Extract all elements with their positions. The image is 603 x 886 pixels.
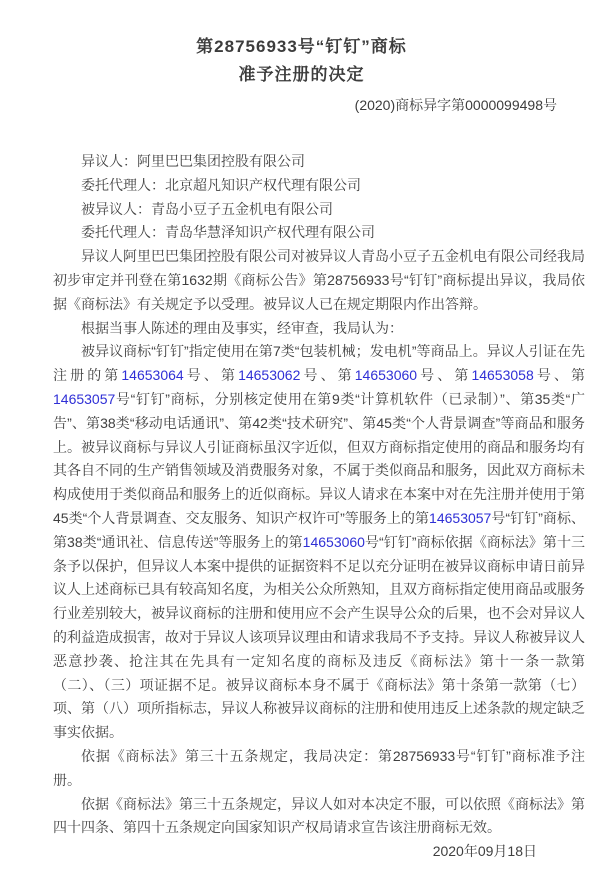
reference-number: (2020)商标异字第0000099498号: [0, 90, 557, 120]
paragraph: 根据当事人陈述的理由及事实，经审查，我局认为：: [53, 317, 585, 341]
document-body: 异议人：阿里巴巴集团控股有限公司委托代理人：北京超凡知识产权代理有限公司被异议人…: [53, 150, 585, 840]
paragraph: 异议人阿里巴巴集团控股有限公司对被异议人青岛小豆子五金机电有限公司经我局初步审定…: [53, 245, 585, 316]
trademark-number-link[interactable]: 14653064: [121, 367, 183, 383]
paragraph-text: 被异议人：青岛小豆子五金机电有限公司: [81, 201, 333, 217]
paragraph-text: 号、第: [300, 367, 354, 383]
trademark-number-link[interactable]: 14653062: [238, 367, 300, 383]
paragraph-text: 异议人：阿里巴巴集团控股有限公司: [81, 153, 305, 169]
trademark-decision-document: 第28756933号“钉钉”商标 准予注册的决定 (2020)商标异字第0000…: [0, 0, 603, 886]
paragraph-text: 号、第: [184, 367, 238, 383]
trademark-number-link[interactable]: 14653057: [53, 391, 115, 407]
paragraph: 委托代理人：青岛华慧泽知识产权代理有限公司: [53, 221, 585, 245]
paragraph: 异议人：阿里巴巴集团控股有限公司: [53, 150, 585, 174]
paragraph-text: 号、第: [417, 367, 471, 383]
document-title-line2: 准予注册的决定: [0, 60, 603, 90]
paragraph: 委托代理人：北京超凡知识产权代理有限公司: [53, 174, 585, 198]
paragraph-text: 号“钉钉”商标依据《商标法》第十三条予以保护，但异议人本案中提供的证据资料不足以…: [53, 534, 585, 740]
paragraph: 依据《商标法》第三十五条规定，我局决定：第28756933号“钉钉”商标准予注册…: [53, 745, 585, 793]
paragraph-text: 依据《商标法》第三十五条规定，异议人如对本决定不服，可以依照《商标法》第四十四条…: [53, 796, 585, 836]
paragraph: 被异议商标“钉钉”指定使用在第7类“包装机械；发电机”等商品上。异议人引证在先注…: [53, 340, 585, 745]
decision-date: 2020年09月18日: [0, 840, 537, 864]
paragraph-text: 异议人阿里巴巴集团控股有限公司对被异议人青岛小豆子五金机电有限公司经我局初步审定…: [53, 248, 585, 312]
trademark-number-link[interactable]: 14653060: [303, 534, 365, 550]
paragraph: 依据《商标法》第三十五条规定，异议人如对本决定不服，可以依照《商标法》第四十四条…: [53, 793, 585, 841]
trademark-number-link[interactable]: 14653060: [355, 367, 417, 383]
document-title-line1: 第28756933号“钉钉”商标: [0, 34, 603, 60]
paragraph: 被异议人：青岛小豆子五金机电有限公司: [53, 198, 585, 222]
paragraph-text: 委托代理人：北京超凡知识产权代理有限公司: [81, 177, 361, 193]
paragraph-text: 号“钉钉”商标，分别核定使用在第9类“计算机软件（已录制）”、第35类“广告”、…: [53, 391, 585, 526]
trademark-number-link[interactable]: 14653057: [429, 510, 491, 526]
trademark-number-link[interactable]: 14653058: [471, 367, 533, 383]
paragraph-text: 根据当事人陈述的理由及事实，经审查，我局认为：: [81, 320, 403, 336]
paragraph-text: 号、第: [534, 367, 585, 383]
paragraph-text: 依据《商标法》第三十五条规定，我局决定：第28756933号“钉钉”商标准予注册…: [53, 748, 585, 788]
paragraph-text: 委托代理人：青岛华慧泽知识产权代理有限公司: [81, 224, 375, 240]
